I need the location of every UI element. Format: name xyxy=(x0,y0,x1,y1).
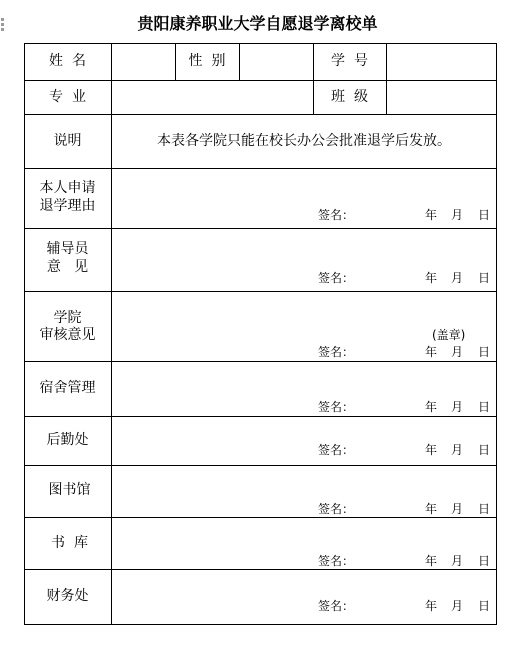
note-label: 说明 xyxy=(24,133,111,149)
section-label: 宿舍管理 xyxy=(24,380,111,396)
day-label: 日 xyxy=(478,345,490,359)
name-label: 姓 名 xyxy=(24,53,111,69)
row-divider xyxy=(24,114,497,115)
library-field[interactable] xyxy=(112,466,496,496)
page-title: 贵阳康养职业大学自愿退学离校单 xyxy=(0,14,515,34)
month-label: 月 xyxy=(451,345,463,359)
finance-field[interactable] xyxy=(112,570,496,598)
month-label: 月 xyxy=(451,599,463,613)
gender-field[interactable] xyxy=(240,44,313,80)
class-label: 班 级 xyxy=(313,89,386,105)
section-label: 财务处 xyxy=(24,588,111,604)
sign-label: 签名： xyxy=(318,400,354,414)
month-label: 月 xyxy=(451,502,463,516)
year-label: 年 xyxy=(425,345,437,359)
gender-label: 性 别 xyxy=(175,53,239,69)
sign-label: 签名： xyxy=(318,345,354,359)
month-label: 月 xyxy=(451,271,463,285)
section-label-line1: 学院 xyxy=(24,310,111,326)
year-label: 年 xyxy=(425,443,437,457)
college-review-field[interactable] xyxy=(112,292,496,326)
day-label: 日 xyxy=(478,502,490,516)
year-label: 年 xyxy=(425,400,437,414)
note-text: 本表各学院只能在校长办公会批准退学后发放。 xyxy=(112,133,496,149)
day-label: 日 xyxy=(478,400,490,414)
month-label: 月 xyxy=(451,208,463,222)
month-label: 月 xyxy=(451,443,463,457)
section-label: 书 库 xyxy=(24,535,115,551)
day-label: 日 xyxy=(478,271,490,285)
day-label: 日 xyxy=(478,554,490,568)
day-label: 日 xyxy=(478,208,490,222)
section-label-line2: 退学理由 xyxy=(24,198,111,214)
section-label-line1: 本人申请 xyxy=(24,180,111,196)
stamp-label: (盖章) xyxy=(432,328,465,342)
section-label: 图书馆 xyxy=(24,482,115,498)
year-label: 年 xyxy=(425,502,437,516)
major-field[interactable] xyxy=(112,81,313,114)
counselor-opinion-field[interactable] xyxy=(112,229,496,269)
year-label: 年 xyxy=(425,599,437,613)
month-label: 月 xyxy=(451,554,463,568)
book-stack-field[interactable] xyxy=(112,518,496,548)
class-field[interactable] xyxy=(387,81,496,114)
sign-label: 签名： xyxy=(318,502,354,516)
day-label: 日 xyxy=(478,443,490,457)
section-label: 后勤处 xyxy=(24,432,111,448)
table-border-bottom xyxy=(24,624,497,625)
logistics-field[interactable] xyxy=(112,417,496,443)
sign-label: 签名： xyxy=(318,443,354,457)
month-label: 月 xyxy=(451,400,463,414)
section-label-line2: 意 见 xyxy=(24,259,111,275)
dormitory-field[interactable] xyxy=(112,362,496,396)
year-label: 年 xyxy=(425,554,437,568)
sign-label: 签名： xyxy=(318,208,354,222)
year-label: 年 xyxy=(425,208,437,222)
reason-field[interactable] xyxy=(112,169,496,209)
name-field[interactable] xyxy=(112,44,175,80)
year-label: 年 xyxy=(425,271,437,285)
table-border-right xyxy=(496,43,497,625)
sign-label: 签名： xyxy=(318,271,354,285)
sign-label: 签名： xyxy=(318,554,354,568)
major-label: 专 业 xyxy=(24,89,111,105)
section-label-line2: 审核意见 xyxy=(24,327,111,343)
section-label-line1: 辅导员 xyxy=(24,241,111,257)
sign-label: 签名： xyxy=(318,599,354,613)
student-id-label: 学 号 xyxy=(313,53,386,69)
day-label: 日 xyxy=(478,599,490,613)
student-id-field[interactable] xyxy=(387,44,496,80)
